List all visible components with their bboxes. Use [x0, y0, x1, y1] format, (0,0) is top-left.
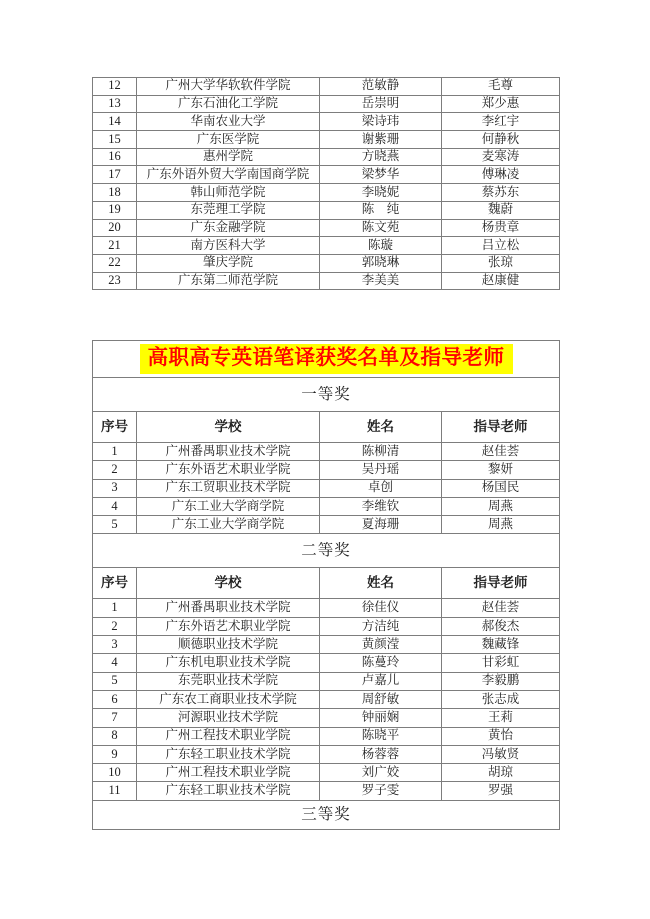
cell-winner-name: 方晓燕 — [320, 148, 442, 166]
cell-school: 肇庆学院 — [137, 254, 320, 272]
first-prize-heading-row: 一等奖 — [93, 378, 560, 412]
cell-advisor: 杨国民 — [442, 479, 560, 497]
cell-winner-name: 陈晓平 — [320, 727, 442, 745]
cell-row-number: 2 — [93, 461, 137, 479]
cell-school: 广东石油化工学院 — [137, 95, 320, 113]
cell-row-number: 21 — [93, 237, 137, 255]
cell-school: 广东机电职业技术学院 — [137, 654, 320, 672]
cell-advisor: 周燕 — [442, 516, 560, 534]
table-row: 6 广东农工商职业技术学院 周舒敏 张志成 — [93, 690, 560, 708]
cell-school: 顺德职业技术学院 — [137, 636, 320, 654]
cell-winner-name: 李美美 — [320, 272, 442, 290]
cell-row-number: 3 — [93, 636, 137, 654]
second-prize-heading-row: 二等奖 — [93, 534, 560, 568]
table-row: 1 广州番禺职业技术学院 陈柳清 赵佳荟 — [93, 443, 560, 461]
cell-winner-name: 范敏静 — [320, 78, 442, 96]
cell-advisor: 赵康健 — [442, 272, 560, 290]
cell-advisor: 魏藏锋 — [442, 636, 560, 654]
table-row: 19 东莞理工学院 陈 纯 魏蔚 — [93, 201, 560, 219]
cell-row-number: 18 — [93, 184, 137, 202]
cell-school: 广州工程技术职业学院 — [137, 727, 320, 745]
cell-row-number: 16 — [93, 148, 137, 166]
cell-school: 广东轻工职业技术学院 — [137, 745, 320, 763]
column-header-name: 姓名 — [320, 412, 442, 443]
cell-advisor: 赵佳荟 — [442, 443, 560, 461]
cell-school: 广东农工商职业技术学院 — [137, 690, 320, 708]
cell-advisor: 罗强 — [442, 782, 560, 800]
cell-row-number: 14 — [93, 113, 137, 131]
table-row: 20 广东金融学院 陈文苑 杨贵章 — [93, 219, 560, 237]
table-row: 17 广东外语外贸大学南国商学院 梁梦华 傅琳凌 — [93, 166, 560, 184]
table-row: 3 顺德职业技术学院 黄颜滢 魏藏锋 — [93, 636, 560, 654]
cell-row-number: 6 — [93, 690, 137, 708]
table-row: 7 河源职业技术学院 钟丽娴 王莉 — [93, 709, 560, 727]
cell-row-number: 4 — [93, 497, 137, 515]
cell-advisor: 何静秋 — [442, 131, 560, 149]
cell-advisor: 张琼 — [442, 254, 560, 272]
second-prize-heading-section: 二等奖 序号 学校 姓名 指导老师 — [93, 534, 560, 599]
cell-row-number: 11 — [93, 782, 137, 800]
cell-row-number: 4 — [93, 654, 137, 672]
table-row: 16 惠州学院 方晓燕 麦寒涛 — [93, 148, 560, 166]
cell-winner-name: 李晓妮 — [320, 184, 442, 202]
table-row: 2 广东外语艺术职业学院 吴丹瑶 黎妍 — [93, 461, 560, 479]
table-row: 8 广州工程技术职业学院 陈晓平 黄怡 — [93, 727, 560, 745]
table-row: 10 广州工程技术职业学院 刘广姣 胡琼 — [93, 764, 560, 782]
award-winners-table: 高职高专英语笔译获奖名单及指导老师 一等奖 序号 学校 姓名 指导老师 1 广州… — [92, 340, 560, 830]
cell-winner-name: 罗子雯 — [320, 782, 442, 800]
table-row: 14 华南农业大学 梁诗玮 李红宇 — [93, 113, 560, 131]
cell-advisor: 赵佳荟 — [442, 599, 560, 617]
second-prize-header-row: 序号 学校 姓名 指导老师 — [93, 568, 560, 599]
cell-row-number: 5 — [93, 516, 137, 534]
cell-winner-name: 徐佳仪 — [320, 599, 442, 617]
column-header-school: 学校 — [137, 568, 320, 599]
cell-winner-name: 李维钦 — [320, 497, 442, 515]
cell-school: 广东工业大学商学院 — [137, 516, 320, 534]
cell-row-number: 19 — [93, 201, 137, 219]
section-title: 高职高专英语笔译获奖名单及指导老师 — [140, 344, 513, 374]
cell-advisor: 杨贵章 — [442, 219, 560, 237]
second-prize-body: 1 广州番禺职业技术学院 徐佳仪 赵佳荟 2 广东外语艺术职业学院 方洁纯 郝俊… — [93, 599, 560, 800]
table-row: 18 韩山师范学院 李晓妮 蔡苏东 — [93, 184, 560, 202]
table-row: 1 广州番禺职业技术学院 徐佳仪 赵佳荟 — [93, 599, 560, 617]
cell-winner-name: 黄颜滢 — [320, 636, 442, 654]
cell-winner-name: 周舒敏 — [320, 690, 442, 708]
table-row: 2 广东外语艺术职业学院 方洁纯 郝俊杰 — [93, 617, 560, 635]
cell-winner-name: 方洁纯 — [320, 617, 442, 635]
cell-row-number: 12 — [93, 78, 137, 96]
cell-school: 广东外语艺术职业学院 — [137, 461, 320, 479]
cell-school: 河源职业技术学院 — [137, 709, 320, 727]
cell-row-number: 20 — [93, 219, 137, 237]
cell-advisor: 麦寒涛 — [442, 148, 560, 166]
cell-row-number: 1 — [93, 599, 137, 617]
cell-advisor: 黎妍 — [442, 461, 560, 479]
cell-row-number: 22 — [93, 254, 137, 272]
first-prize-body: 1 广州番禺职业技术学院 陈柳清 赵佳荟 2 广东外语艺术职业学院 吴丹瑶 黎妍… — [93, 443, 560, 534]
column-header-no: 序号 — [93, 568, 137, 599]
cell-advisor: 胡琼 — [442, 764, 560, 782]
cell-school: 广东轻工职业技术学院 — [137, 782, 320, 800]
cell-advisor: 周燕 — [442, 497, 560, 515]
cell-row-number: 13 — [93, 95, 137, 113]
table-row: 12 广州大学华软软件学院 范敏静 毛尊 — [93, 78, 560, 96]
cell-advisor: 张志成 — [442, 690, 560, 708]
cell-row-number: 8 — [93, 727, 137, 745]
table-row: 3 广东工贸职业技术学院 卓创 杨国民 — [93, 479, 560, 497]
cell-winner-name: 谢紫珊 — [320, 131, 442, 149]
cell-advisor: 吕立松 — [442, 237, 560, 255]
cell-winner-name: 夏海珊 — [320, 516, 442, 534]
cell-winner-name: 吴丹瑶 — [320, 461, 442, 479]
cell-school: 广东金融学院 — [137, 219, 320, 237]
document-page: { "page": { "background": "#ffffff", "te… — [0, 0, 650, 919]
table-row: 9 广东轻工职业技术学院 杨蓉蓉 冯敏贤 — [93, 745, 560, 763]
cell-row-number: 15 — [93, 131, 137, 149]
cell-school: 广州番禺职业技术学院 — [137, 599, 320, 617]
title-row: 高职高专英语笔译获奖名单及指导老师 — [93, 341, 560, 378]
table-row: 15 广东医学院 谢紫珊 何静秋 — [93, 131, 560, 149]
cell-winner-name: 刘广姣 — [320, 764, 442, 782]
cell-winner-name: 梁梦华 — [320, 166, 442, 184]
cell-winner-name: 岳崇明 — [320, 95, 442, 113]
third-prize-heading: 三等奖 — [93, 800, 560, 829]
table-row: 4 广东工业大学商学院 李维钦 周燕 — [93, 497, 560, 515]
cell-winner-name: 梁诗玮 — [320, 113, 442, 131]
table-row: 5 广东工业大学商学院 夏海珊 周燕 — [93, 516, 560, 534]
table-row: 23 广东第二师范学院 李美美 赵康健 — [93, 272, 560, 290]
cell-school: 广东外语艺术职业学院 — [137, 617, 320, 635]
cell-school: 广东工贸职业技术学院 — [137, 479, 320, 497]
cell-advisor: 蔡苏东 — [442, 184, 560, 202]
column-header-name: 姓名 — [320, 568, 442, 599]
cell-winner-name: 陈 纯 — [320, 201, 442, 219]
table-row: 13 广东石油化工学院 岳崇明 郑少惠 — [93, 95, 560, 113]
table-row: 5 东莞职业技术学院 卢嘉儿 李毅鹏 — [93, 672, 560, 690]
column-header-school: 学校 — [137, 412, 320, 443]
table-row: 4 广东机电职业技术学院 陈蔓玲 甘彩虹 — [93, 654, 560, 672]
winners-table-continuation: 12 广州大学华软软件学院 范敏静 毛尊 13 广东石油化工学院 岳崇明 郑少惠… — [92, 77, 560, 290]
third-prize-heading-row: 三等奖 — [93, 800, 560, 829]
cell-school: 广东外语外贸大学南国商学院 — [137, 166, 320, 184]
cell-school: 广州番禺职业技术学院 — [137, 443, 320, 461]
cell-advisor: 傅琳凌 — [442, 166, 560, 184]
cell-school: 广州大学华软软件学院 — [137, 78, 320, 96]
cell-row-number: 3 — [93, 479, 137, 497]
cell-row-number: 10 — [93, 764, 137, 782]
cell-advisor: 郝俊杰 — [442, 617, 560, 635]
cell-school: 广东工业大学商学院 — [137, 497, 320, 515]
cell-row-number: 17 — [93, 166, 137, 184]
cell-school: 南方医科大学 — [137, 237, 320, 255]
cell-advisor: 李红宇 — [442, 113, 560, 131]
cell-advisor: 毛尊 — [442, 78, 560, 96]
column-header-advisor: 指导老师 — [442, 412, 560, 443]
column-header-advisor: 指导老师 — [442, 568, 560, 599]
cell-winner-name: 卓创 — [320, 479, 442, 497]
award-title-section: 高职高专英语笔译获奖名单及指导老师 一等奖 序号 学校 姓名 指导老师 — [93, 341, 560, 443]
cell-winner-name: 陈璇 — [320, 237, 442, 255]
cell-advisor: 甘彩虹 — [442, 654, 560, 672]
table-row: 11 广东轻工职业技术学院 罗子雯 罗强 — [93, 782, 560, 800]
cell-winner-name: 陈柳清 — [320, 443, 442, 461]
cell-winner-name: 杨蓉蓉 — [320, 745, 442, 763]
cell-advisor: 李毅鹏 — [442, 672, 560, 690]
cell-row-number: 1 — [93, 443, 137, 461]
cell-row-number: 5 — [93, 672, 137, 690]
cell-advisor: 魏蔚 — [442, 201, 560, 219]
cell-advisor: 王莉 — [442, 709, 560, 727]
title-cell: 高职高专英语笔译获奖名单及指导老师 — [93, 341, 560, 378]
table-row: 21 南方医科大学 陈璇 吕立松 — [93, 237, 560, 255]
cell-advisor: 黄怡 — [442, 727, 560, 745]
cell-school: 韩山师范学院 — [137, 184, 320, 202]
cell-school: 东莞理工学院 — [137, 201, 320, 219]
cell-winner-name: 陈蔓玲 — [320, 654, 442, 672]
winners-table-body: 12 广州大学华软软件学院 范敏静 毛尊 13 广东石油化工学院 岳崇明 郑少惠… — [93, 78, 560, 290]
column-header-no: 序号 — [93, 412, 137, 443]
cell-row-number: 7 — [93, 709, 137, 727]
cell-school: 广东医学院 — [137, 131, 320, 149]
cell-school: 广州工程技术职业学院 — [137, 764, 320, 782]
cell-winner-name: 陈文苑 — [320, 219, 442, 237]
cell-row-number: 9 — [93, 745, 137, 763]
cell-row-number: 23 — [93, 272, 137, 290]
second-prize-heading: 二等奖 — [93, 534, 560, 568]
cell-school: 惠州学院 — [137, 148, 320, 166]
cell-school: 广东第二师范学院 — [137, 272, 320, 290]
cell-winner-name: 钟丽娴 — [320, 709, 442, 727]
cell-row-number: 2 — [93, 617, 137, 635]
first-prize-header-row: 序号 学校 姓名 指导老师 — [93, 412, 560, 443]
cell-school: 东莞职业技术学院 — [137, 672, 320, 690]
cell-winner-name: 郭晓琳 — [320, 254, 442, 272]
third-prize-section: 三等奖 — [93, 800, 560, 829]
first-prize-heading: 一等奖 — [93, 378, 560, 412]
table-row: 22 肇庆学院 郭晓琳 张琼 — [93, 254, 560, 272]
cell-advisor: 郑少惠 — [442, 95, 560, 113]
cell-winner-name: 卢嘉儿 — [320, 672, 442, 690]
cell-advisor: 冯敏贤 — [442, 745, 560, 763]
cell-school: 华南农业大学 — [137, 113, 320, 131]
